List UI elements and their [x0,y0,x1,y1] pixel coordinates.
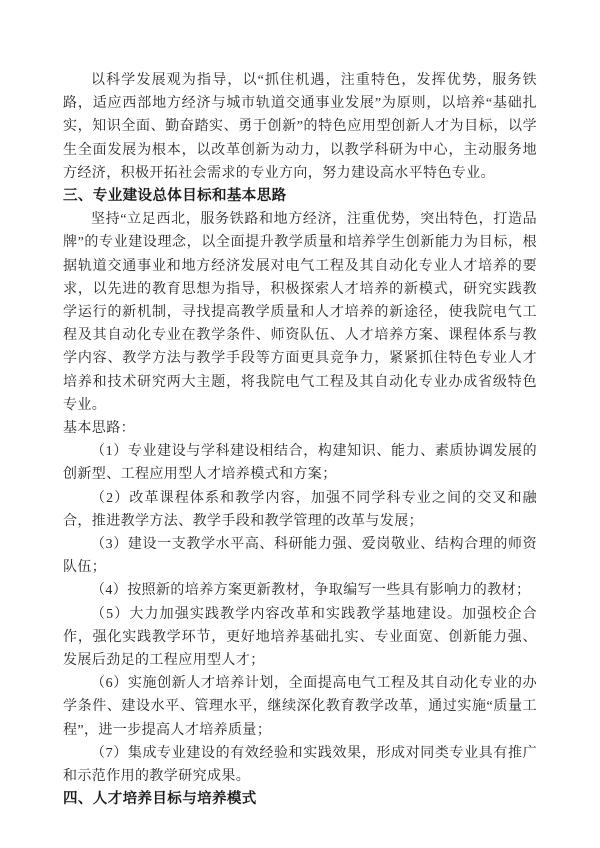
list-item-6: （6）实施创新人才培养计划，全面提高电气工程及其自动化专业的办学条件、建设水平、… [63,672,537,742]
list-item-3: （3）建设一支教学水平高、科研能力强、爱岗敬业、结构合理的师资队伍； [63,533,537,579]
list-item-4: （4）按照新的培养方案更新教材，争取编写一些具有影响力的教材； [63,579,537,602]
document-page: 以科学发展观为指导，以“抓住机遇，注重特色，发挥优势，服务铁路，适应西部地方经济… [0,0,600,848]
list-item-2: （2）改革课程体系和教学内容，加强不同学科专业之间的交叉和融合，推进教学方法、教… [63,487,537,533]
list-item-5: （5）大力加强实践教学内容改革和实践教学基地建设。加强校企合作，强化实践教学环节… [63,603,537,673]
section-heading-4: 四、人才培养目标与培养模式 [63,788,537,811]
label-basic-ideas: 基本思路： [63,417,537,440]
paragraph-guiding-principles: 以科学发展观为指导，以“抓住机遇，注重特色，发挥优势，服务铁路，适应西部地方经济… [63,69,537,185]
paragraph-overall-goal: 坚持“立足西北，服务铁路和地方经济，注重优势，突出特色，打造品牌”的专业建设理念… [63,208,537,417]
section-heading-3: 三、专业建设总体目标和基本思路 [63,185,537,208]
list-item-7: （7）集成专业建设的有效经验和实践效果，形成对同类专业具有推广和示范作用的教学研… [63,742,537,788]
list-item-1: （1）专业建设与学科建设相结合，构建知识、能力、素质协调发展的创新型、工程应用型… [63,440,537,486]
